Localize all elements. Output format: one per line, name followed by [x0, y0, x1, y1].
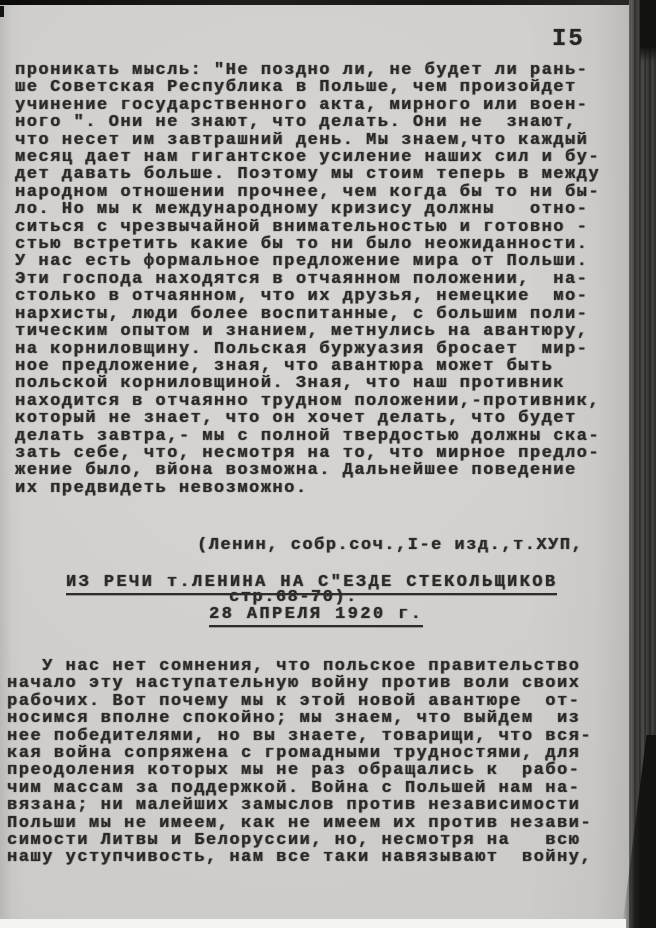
scan-edge-top	[0, 0, 656, 5]
scan-edge-left-mark	[0, 6, 4, 17]
section-date: 28 АПРЕЛЯ 1920 г.	[209, 606, 423, 627]
page-number: I5	[552, 28, 585, 52]
citation-source: (Ленин, собр.соч.,I-е изд.,т.ХУП,	[197, 537, 583, 554]
scan-edge-bottom	[0, 919, 626, 928]
paragraph-speech-excerpt: У нас нет сомнения, что польское правите…	[7, 658, 592, 867]
section-title: ИЗ РЕЧИ т.ЛЕНИНА НА С"ЕЗДЕ СТЕКОЛЬЩИКОВ	[66, 574, 557, 595]
scanned-book-page: I5 проникать мысль: "Не поздно ли, не бу…	[0, 0, 656, 928]
paragraph-lenin-quote: проникать мысль: "Не поздно ли, не будет…	[15, 62, 600, 497]
book-spine-shadow-top	[640, 0, 656, 62]
